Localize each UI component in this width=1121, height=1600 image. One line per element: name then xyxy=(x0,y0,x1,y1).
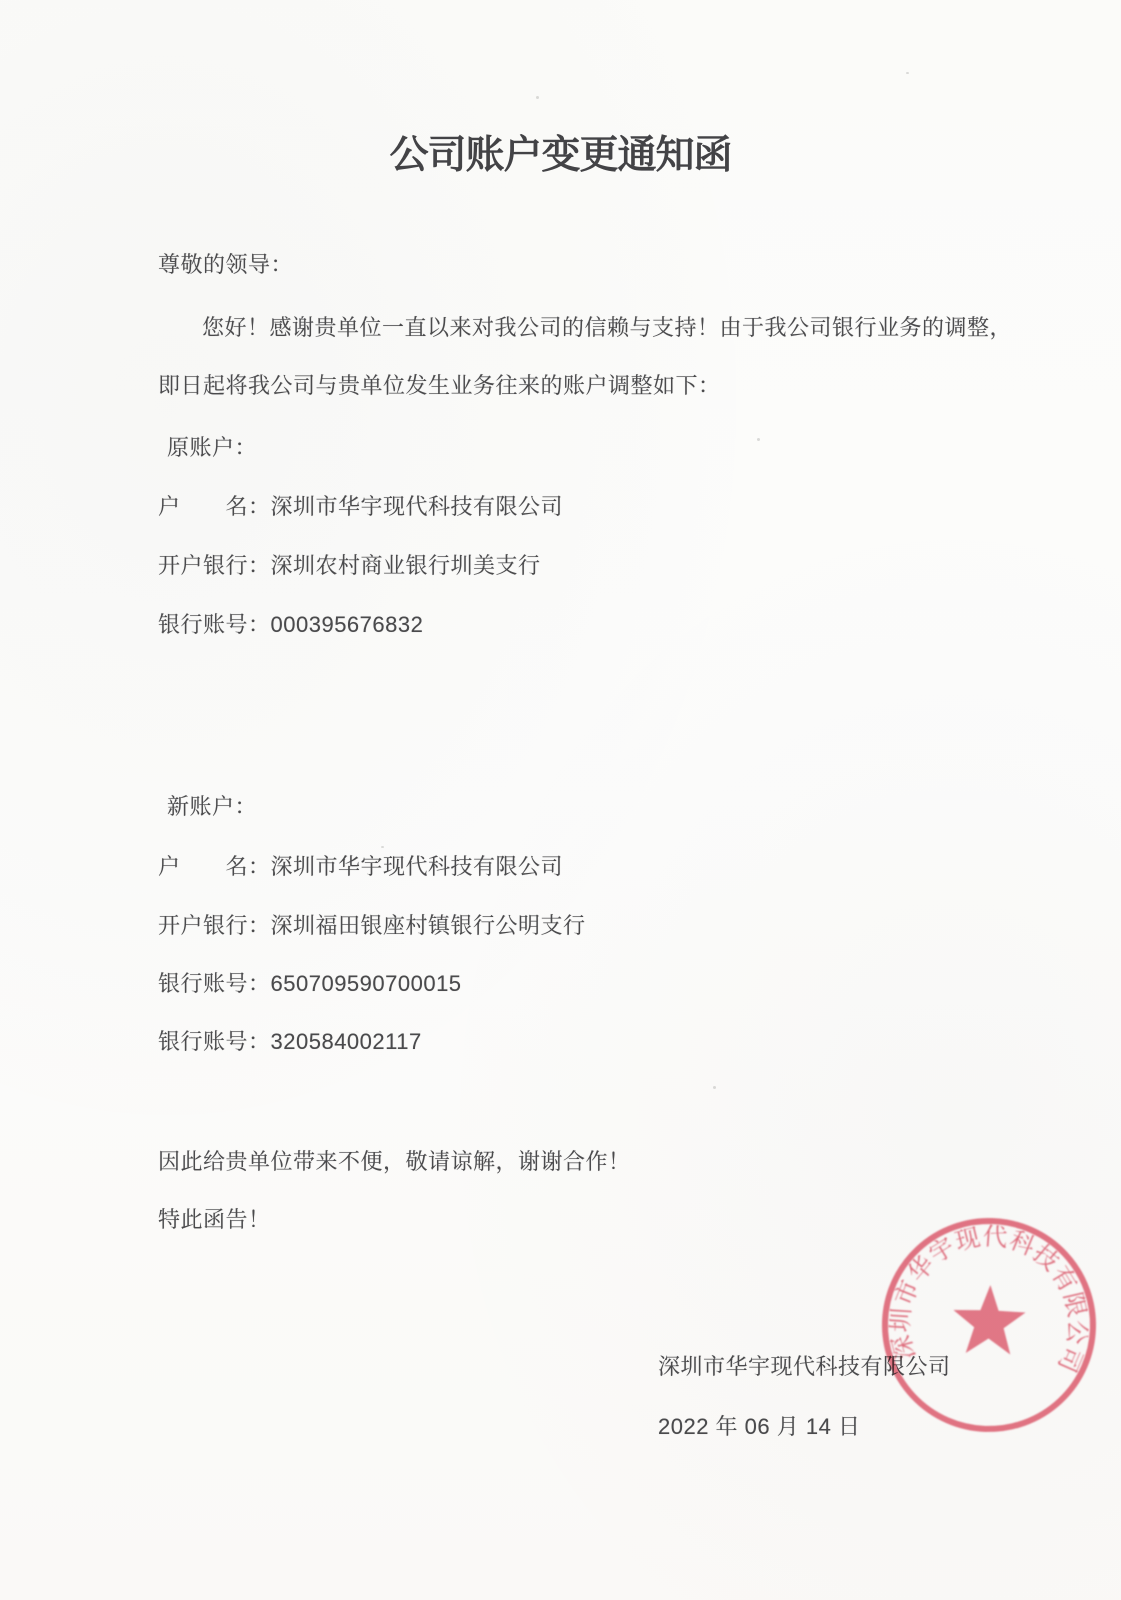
new-account-heading: 新账户： xyxy=(167,792,257,822)
field-label: 开户银行： xyxy=(158,553,271,578)
old-account-heading: 原账户： xyxy=(167,433,257,463)
closing-line-1: 因此给贵单位带来不便，敬请谅解，谢谢合作！ xyxy=(158,1147,631,1177)
field-label: 户 名： xyxy=(158,494,271,519)
seal-star-icon xyxy=(952,1284,1027,1355)
salutation: 尊敬的领导： xyxy=(158,250,293,280)
field-value: 650709590700015 xyxy=(271,971,462,996)
old-account-holder-row: 户 名：深圳市华宇现代科技有限公司 xyxy=(158,492,563,522)
field-label: 银行账号： xyxy=(158,1029,271,1054)
new-account-holder-row: 户 名：深圳市华宇现代科技有限公司 xyxy=(158,852,563,882)
field-label: 银行账号： xyxy=(158,971,271,996)
intro-line-1: 您好！感谢贵单位一直以来对我公司的信赖与支持！由于我公司银行业务的调整， xyxy=(202,313,1012,343)
closing-line-2: 特此函告！ xyxy=(158,1205,271,1235)
scan-speck xyxy=(906,72,909,74)
field-value: 深圳市华宇现代科技有限公司 xyxy=(271,854,564,879)
field-label: 开户银行： xyxy=(158,913,271,938)
intro-line-2: 即日起将我公司与贵单位发生业务往来的账户调整如下： xyxy=(158,371,721,401)
field-value: 深圳福田银座村镇银行公明支行 xyxy=(271,913,586,938)
field-label: 银行账号： xyxy=(158,612,271,637)
scan-speck xyxy=(757,438,760,441)
old-account-number-row: 银行账号：000395676832 xyxy=(158,610,423,640)
field-label: 户 名： xyxy=(158,854,271,879)
signature-date: 2022 年 06 月 14 日 xyxy=(658,1412,860,1442)
scan-speck xyxy=(713,1086,716,1089)
field-value: 000395676832 xyxy=(271,612,424,637)
new-account-number-row-1: 银行账号：650709590700015 xyxy=(158,969,462,999)
new-account-bank-row: 开户银行：深圳福田银座村镇银行公明支行 xyxy=(158,911,586,941)
document-title: 公司账户变更通知函 xyxy=(0,124,1121,180)
field-value: 深圳市华宇现代科技有限公司 xyxy=(271,494,564,519)
company-seal-stamp: 深圳市华宇现代科技有限公司 xyxy=(860,1196,1119,1455)
old-account-bank-row: 开户银行：深圳农村商业银行圳美支行 xyxy=(158,551,541,581)
scanned-letter-page: 公司账户变更通知函 尊敬的领导： 您好！感谢贵单位一直以来对我公司的信赖与支持！… xyxy=(0,0,1121,1600)
field-value: 深圳农村商业银行圳美支行 xyxy=(271,553,541,578)
scan-speck xyxy=(381,846,384,848)
scan-speck xyxy=(536,96,539,99)
field-value: 320584002117 xyxy=(271,1029,422,1054)
new-account-number-row-2: 银行账号：320584002117 xyxy=(158,1027,422,1057)
